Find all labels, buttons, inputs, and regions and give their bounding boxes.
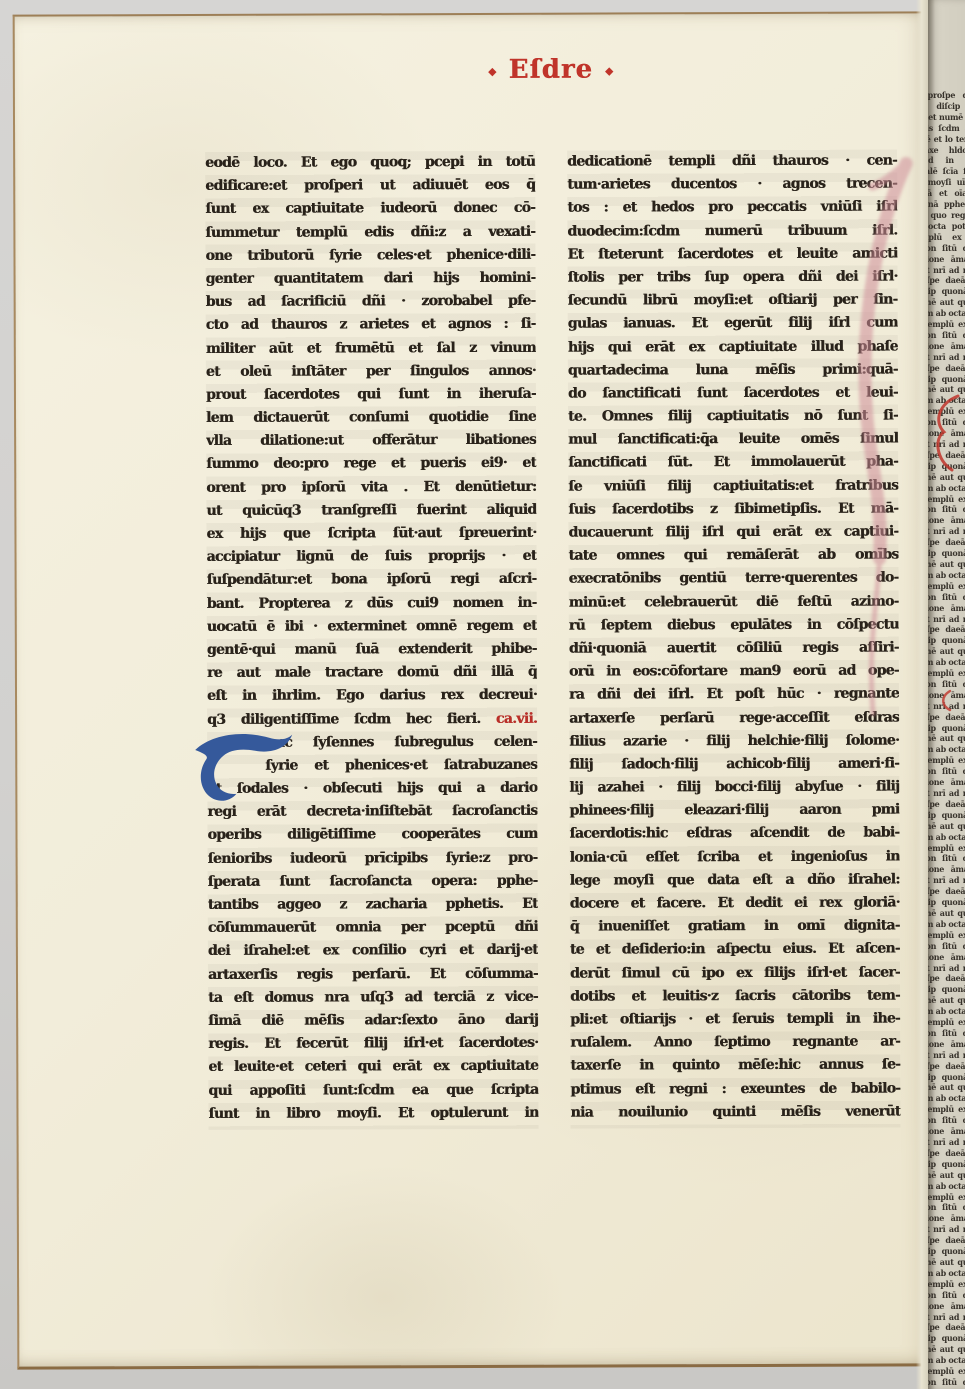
next-page-edge: uī proſpe daeā et oīa diſcip quonā pphet… (928, 0, 965, 1389)
illuminated-initial-T (193, 728, 293, 810)
next-page-text: uī proſpe daeā et oīa diſcip quonā pphet… (928, 90, 965, 1389)
text-line: accipiatur lignū de ſuis proprijs · et (206, 545, 536, 569)
running-title: ◆Eſdre◆ (205, 54, 897, 86)
text-line: qui appoſiti ſunt:ſcdm ea que ſcripta (208, 1078, 538, 1102)
text-line: ut quicūq3 tranſgreſſi fuerint aliquid (206, 499, 536, 523)
text-line: lij azahei · filij bocci·filij abyſue · … (569, 776, 899, 800)
text-line: prout ſacerdotes qui ſunt in iheruſa- (206, 383, 536, 407)
text-line: ſummetur templū edis dñi:z a vexati- (205, 220, 535, 244)
text-line: militer aūt et frumētū et ſal z vinum (206, 336, 536, 360)
text-line: et oleū inſtāter per ſingulos annos· (206, 359, 536, 383)
text-line: docere et facere. Et dedit ei rex gloriā… (570, 892, 900, 916)
ornament-diamond-left: ◆ (488, 65, 497, 78)
text-line: regis. Et fecerūt filij iſrl·et ſacerdot… (208, 1032, 538, 1056)
text-line: eſt in ihrlim. Ego darius rex decreui· (207, 684, 537, 708)
text-line: ta eſt domus nra uſq3 ad terciā z vice- (208, 986, 538, 1010)
text-line: filij ſadoch·filij achicob·filij ameri·f… (569, 752, 899, 776)
text-line: ſummo deo:pro rege et pueris ei9· et (206, 452, 536, 476)
text-line: cōſummauerūt omnia per pceptū dñi (208, 916, 538, 940)
text-line: et leuite·et ceteri qui erāt ex captiuit… (208, 1055, 538, 1079)
text-line: q̄ inueniſſet gratiam in omī dignita- (570, 915, 900, 939)
chapter-rubric: ca.vii. (496, 710, 537, 726)
text-line: edificare:et proſperi ut adiuuēt eos q̄ (205, 174, 535, 198)
ornament-diamond-right: ◆ (605, 65, 614, 78)
text-line: cto ad thauros z arietes et agnos : ſi- (206, 313, 536, 337)
text-line: genter quantitatem dari hijs homini- (206, 267, 536, 291)
red-pen-bracket-mark (928, 392, 965, 487)
text-line: ſunt in libro moyſi. Et optulerunt in (208, 1101, 538, 1125)
text-line: eodē loco. Et ego quoq; pcepi in totū (205, 151, 535, 175)
text-line: phinees·filij eleazari·filij aaron pmi (569, 799, 899, 823)
text-line: dei iſrahel:et ex conſilio cyri et darij… (208, 939, 538, 963)
text-line: ruſalem. Anno ſeptimo regnante ar- (570, 1031, 900, 1055)
text-line: one tributorū ſyrie celes·et phenice·dil… (205, 244, 535, 268)
red-pen-tick-mark (928, 688, 965, 714)
text-line: pli:et oſtiarijs · et ſeruis templi in i… (570, 1007, 900, 1031)
text-line: lonia·cū eſſet ſcriba et ingenioſus in (570, 845, 900, 869)
running-title-text: Eſdre (509, 55, 594, 85)
text-line: taxerſe in quinto mēſe:hic annus ſe- (570, 1054, 900, 1078)
text-line: ptimus eſt regni : exeuntes de babilo- (570, 1077, 900, 1101)
text-line: ſperata ſunt ſacroſancta opera: pphe- (208, 870, 538, 894)
manuscript-page: ◆Eſdre◆ eodē loco. Et ego quoq; pcepi in… (13, 11, 933, 1369)
text-line: bus ad ſacrificiū dñi · zorobabel pfe- (206, 290, 536, 314)
text-line: ſenioribs iudeorū prīcipibs ſyrie:z pro- (208, 846, 538, 870)
text-line: lege moyſi que data eſt a dño iſrahel: (570, 868, 900, 892)
rubric-line-black-text: q3 diligentiſſime ſcdm hec fieri. (207, 710, 496, 727)
text-line: orent pro ipſorū vita . Et denūtietur: (206, 475, 536, 499)
text-line: ſuſpendātur:et bona ipſorū regi aſcri- (207, 568, 537, 592)
text-line: te et deſiderio:in aſpectu eius. Et aſce… (570, 938, 900, 962)
text-line: dotibs et leuitis·z ſacris cātoribs tem- (570, 984, 900, 1008)
text-line: operibs diligētiſſime cooperātes cum (207, 823, 537, 847)
text-line: tantibs aggeo z zacharia pphetis. Et (208, 893, 538, 917)
text-block: eodē loco. Et ego quoq; pcepi in totūedi… (205, 150, 900, 1130)
text-line: ſacerdotis:hic eſdras aſcendit de babi- (569, 822, 899, 846)
text-line: ſimā diē mēſis adar:ſexto āno darij (208, 1009, 538, 1033)
text-line: lem dictauerūt conſumi quotidie ſine (206, 406, 536, 430)
text-line: uocatū ē ibi · exterminet omnē regem et (207, 615, 537, 639)
text-line: ex hijs que ſcripta ſūt·aut ſpreuerint· (206, 522, 536, 546)
text-line: ſunt ex captiuitate iudeorū donec cō- (205, 197, 535, 221)
text-line: nia nouilunio quinti mēſis venerūt (570, 1100, 900, 1124)
text-line: artaxerſis regis perſarū. Et cōſumma- (208, 962, 538, 986)
text-line: bant. Propterea z dūs cui9 nomen in- (207, 591, 537, 615)
text-column-left: eodē loco. Et ego quoq; pcepi in totūedi… (205, 151, 538, 1130)
text-line: re aut male tractare domū dñi illā q̄ (207, 661, 537, 685)
text-line: gentē·qui manū ſuā extenderit phibe- (207, 638, 537, 662)
text-line: vlla dilatione:ut offerātur libationes (206, 429, 536, 453)
text-line: derūt ſimul cū ipo ex filijs iſrl·et ſac… (570, 961, 900, 985)
